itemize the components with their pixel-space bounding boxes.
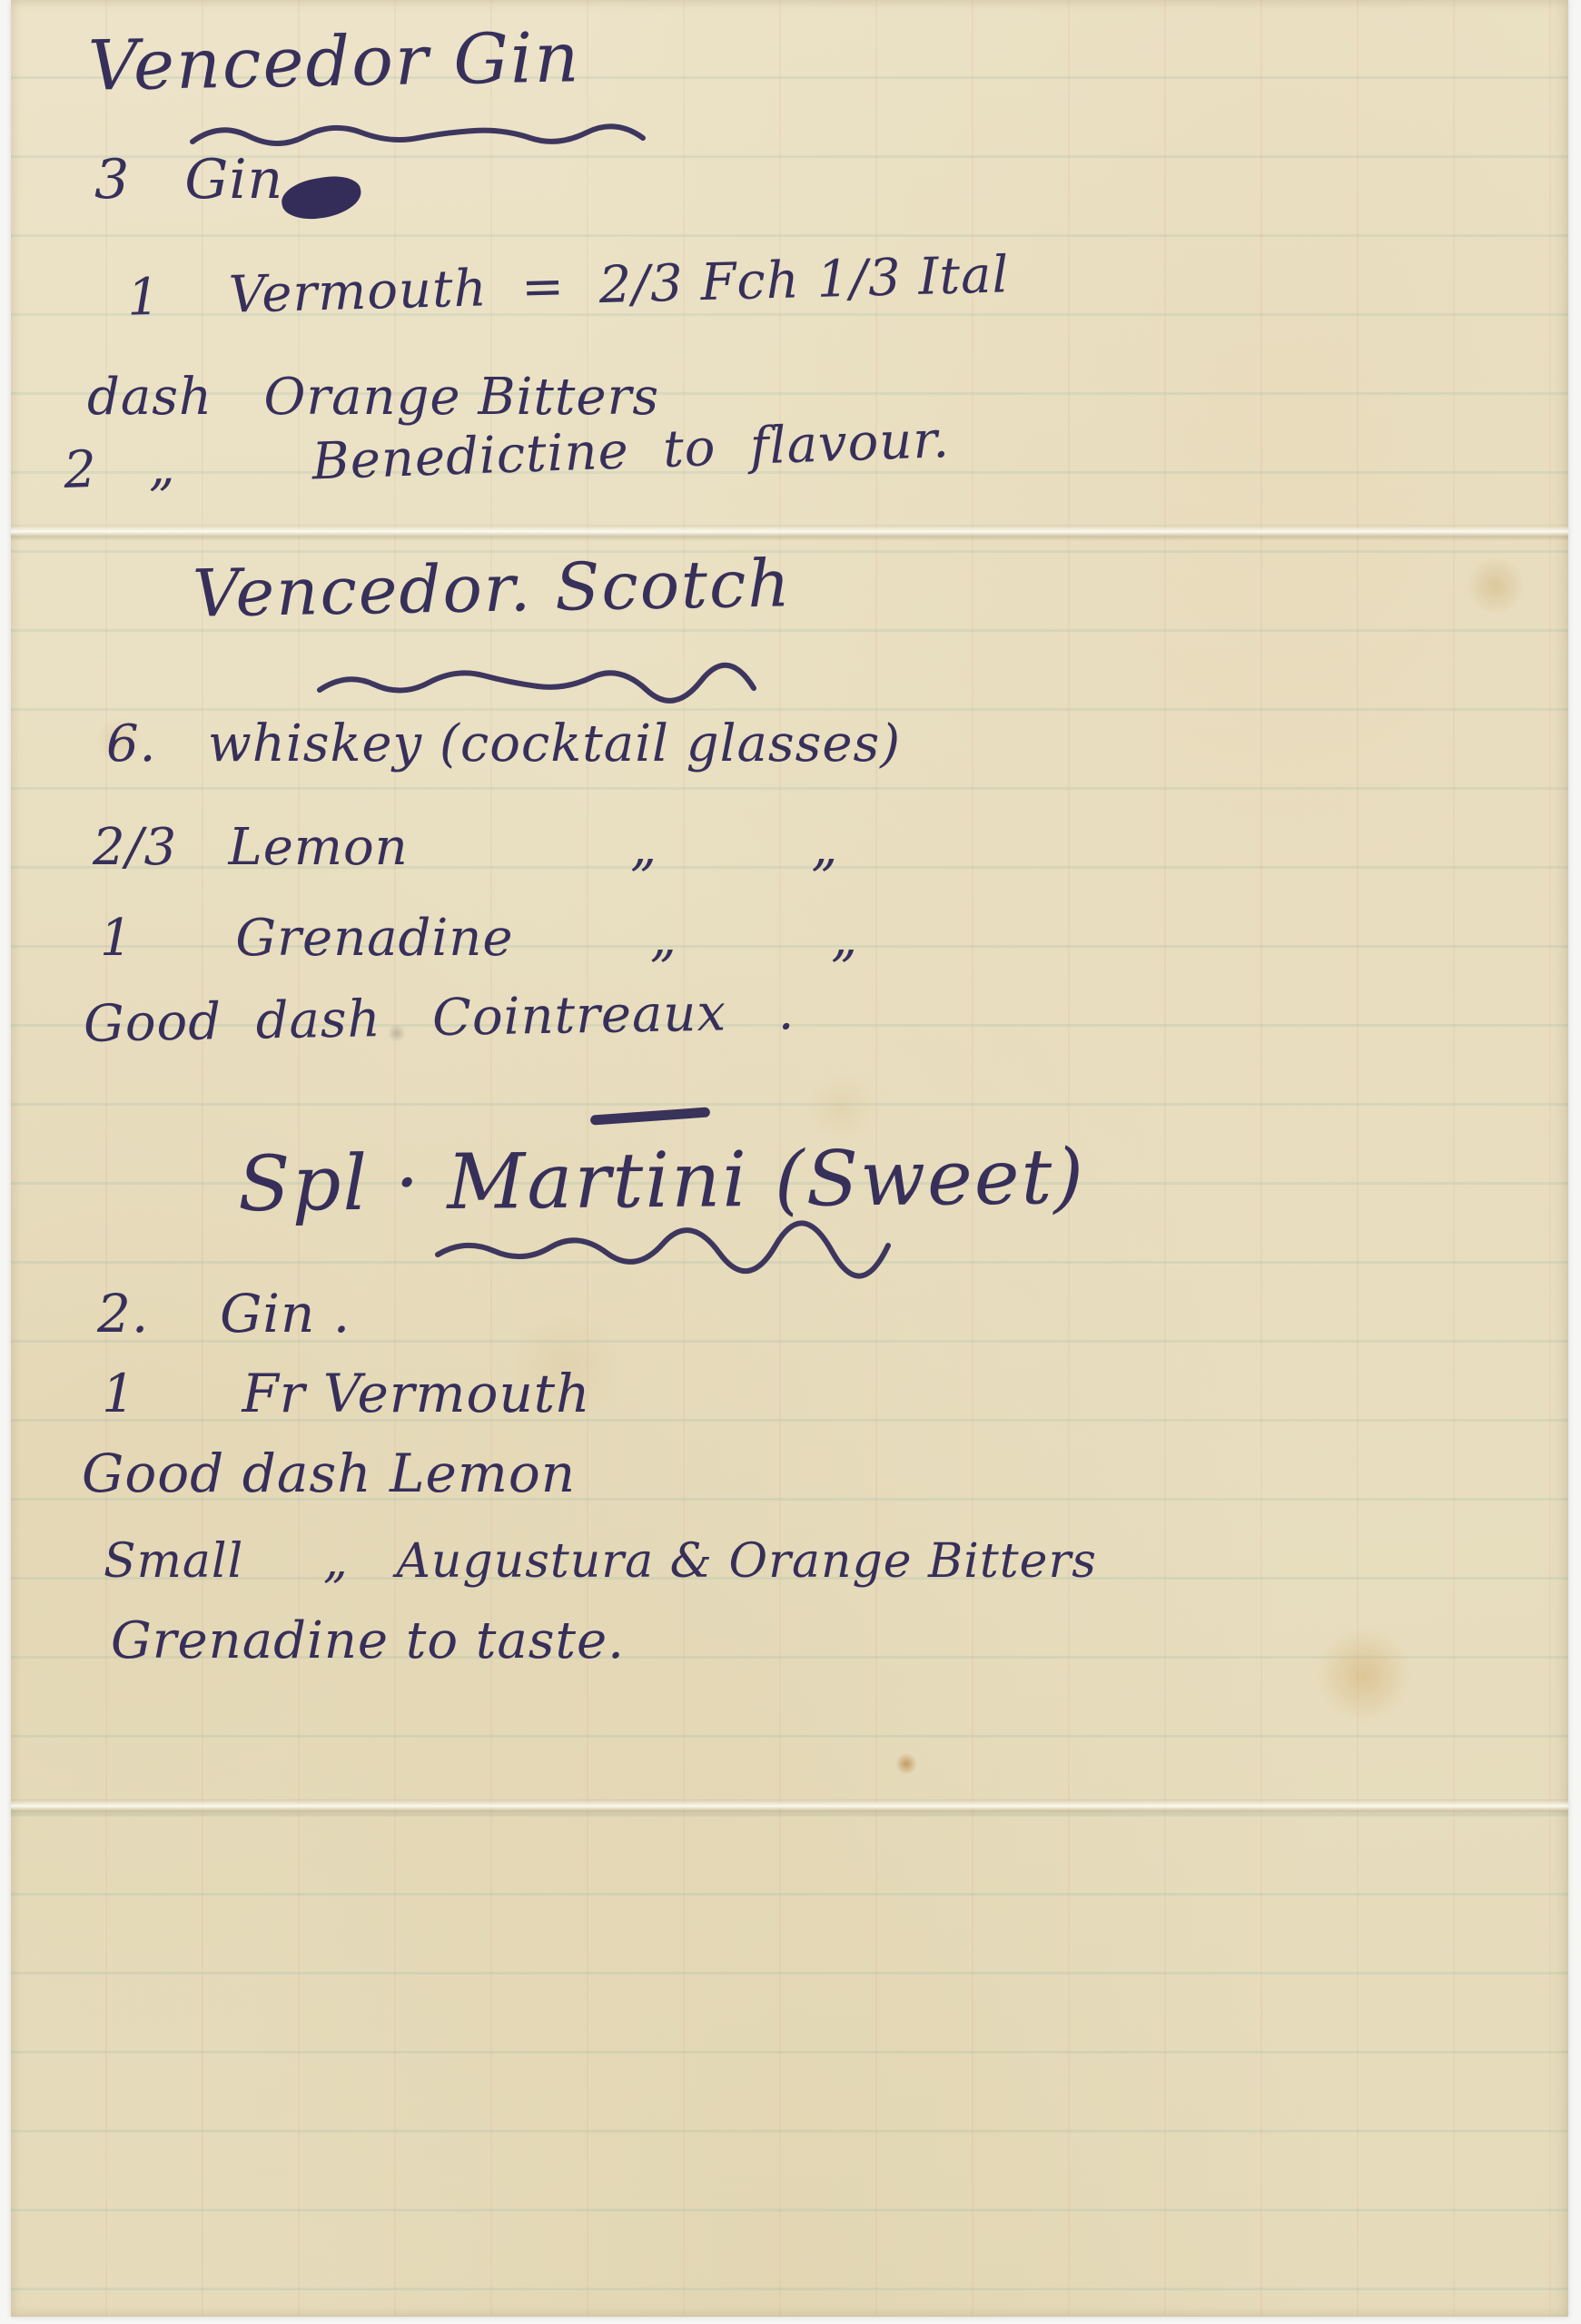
- recipe-line: 2 „ Benedictine to flavour.: [63, 415, 950, 497]
- recipe-line: 3 Gin: [94, 153, 283, 207]
- section-title-vencedor-scotch: Vencedor. Scotch: [192, 550, 792, 626]
- ink-blot-strikeout: [279, 172, 364, 223]
- recipe-line: dash Orange Bitters: [87, 372, 659, 423]
- recipe-line: 2. Gin .: [97, 1287, 351, 1340]
- recipe-line: Good dash Cointreaux .: [84, 987, 795, 1050]
- fold-crease-lower: [11, 1799, 1568, 1816]
- recipe-line: Grenadine to taste.: [111, 1616, 625, 1667]
- fold-crease-upper: [11, 525, 1568, 541]
- recipe-line: 2/3 Lemon „ „: [93, 822, 838, 873]
- section-title-vencedor-gin: Vencedor Gin: [87, 23, 580, 100]
- stain: [801, 1076, 883, 1139]
- recipe-line: Small „ Augustura & Orange Bitters: [104, 1538, 1097, 1585]
- recipe-line: Good dash Lemon: [82, 1447, 576, 1500]
- recipe-line: 6. whiskey (cocktail glasses): [106, 719, 901, 770]
- title-underline-squiggle: [438, 1227, 892, 1271]
- scanned-page: Vencedor Gin 3 Gin 1 Vermouth = 2/3 Fch …: [0, 0, 1581, 2324]
- stain: [1464, 558, 1527, 613]
- recipe-line: 1 Fr Vermouth: [102, 1367, 590, 1420]
- recipe-line: 1 Grenadine „ „: [100, 913, 858, 964]
- section-divider-stroke: [590, 1107, 710, 1125]
- stain: [1309, 1625, 1418, 1725]
- paper-sheet: Vencedor Gin 3 Gin 1 Vermouth = 2/3 Fch …: [11, 0, 1568, 2317]
- stain: [896, 1752, 916, 1776]
- recipe-line: 1 Vermouth = 2/3 Fch 1/3 Ital: [126, 250, 1010, 323]
- title-underline-squiggle: [320, 659, 756, 706]
- section-title-spl-martini-sweet: Spl · Martini (Sweet): [238, 1138, 1086, 1222]
